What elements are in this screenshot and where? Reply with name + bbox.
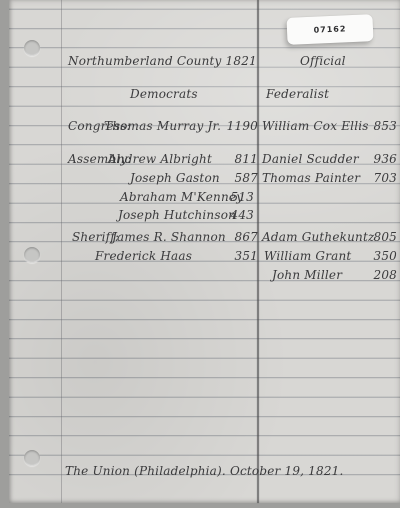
accession-sticker: 07162 [286, 14, 373, 45]
candidate-name: Joseph Gaston [130, 171, 220, 185]
candidate-name: John Miller [272, 268, 342, 282]
vote-count: 350 [357, 249, 397, 263]
vote-count: 1190 [216, 119, 258, 133]
accession-number: 07162 [313, 24, 346, 34]
source-citation: The Union (Philadelphia). October 19, 18… [65, 464, 344, 478]
vote-count: 703 [357, 171, 397, 185]
candidate-name: Frederick Haas [95, 249, 192, 263]
candidate-name: Thomas Murray Jr. [104, 119, 221, 133]
candidate-name: James R. Shannon [112, 230, 226, 244]
federalist-column-header: Federalist [266, 87, 329, 101]
vote-count: 805 [357, 230, 397, 244]
vote-count: 811 [216, 152, 258, 166]
vote-count: 867 [216, 230, 258, 244]
vote-count: 853 [357, 119, 397, 133]
left-margin-fold-line [61, 0, 62, 503]
vote-count: 208 [357, 268, 397, 282]
vote-count: 936 [357, 152, 397, 166]
vote-count: 443 [212, 208, 254, 222]
page-title: Northumberland County 1821 [68, 54, 257, 68]
vote-count: 587 [216, 171, 258, 185]
candidate-name: Thomas Painter [262, 171, 360, 185]
candidate-name: Daniel Scudder [262, 152, 359, 166]
candidate-name: William Cox Ellis [262, 119, 369, 133]
official-label: Official [300, 54, 346, 68]
scanned-page: 07162 Northumberland County 1821 Officia… [9, 0, 400, 503]
punch-hole-top [24, 40, 40, 56]
vote-count: 513 [212, 190, 254, 204]
punch-hole-bottom [24, 450, 40, 466]
democrats-column-header: Democrats [130, 87, 198, 101]
vote-count: 351 [216, 249, 258, 263]
candidate-name: William Grant [264, 249, 351, 263]
candidate-name: Andrew Albright [108, 152, 212, 166]
punch-hole-middle [24, 247, 40, 263]
